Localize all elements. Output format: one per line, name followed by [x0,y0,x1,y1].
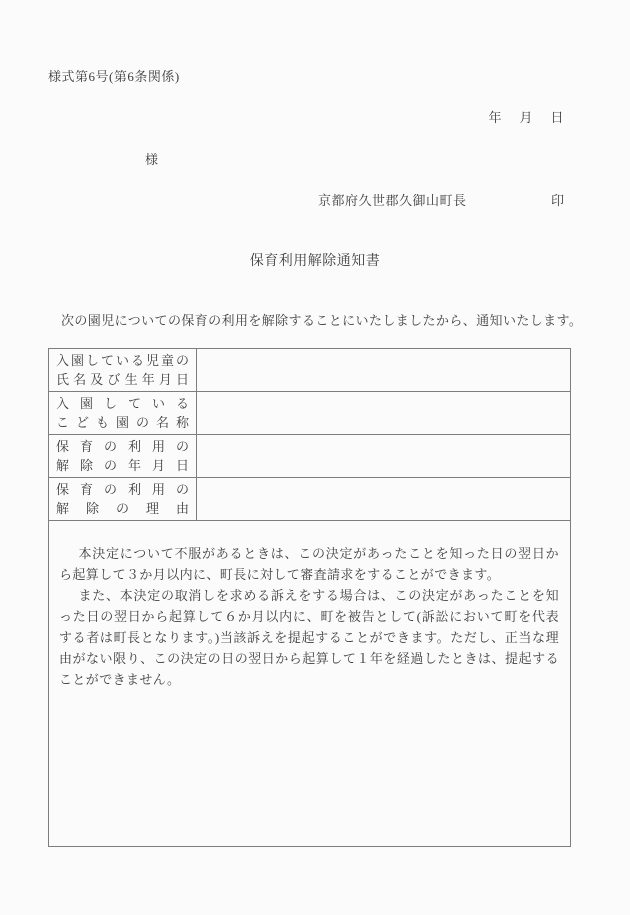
row-label-line: 保育の利用の [56,437,189,456]
intro-sentence: 次の園児についての保育の利用を解除することにいたしましたから、通知いたします。 [48,310,582,329]
appeal-notice-paragraph-1: 本決定について不服があるときは、この決定があったことを知った日の翌日から起算して… [59,543,559,585]
appeal-notice-cell: 本決定について不服があるときは、この決定があったことを知った日の翌日から起算して… [49,521,571,847]
addressee-suffix: 様 [145,149,158,168]
row-label-line: 解除の理由 [56,499,189,518]
issuer-name: 京都府久世郡久御山町長 [318,190,467,209]
table-row-notice: 本決定について不服があるときは、この決定があったことを知った日の翌日から起算して… [49,521,571,847]
form-table: 入園している児童の 氏名及び生年月日 入園している こども園の名称 保育の利用の… [48,348,571,847]
table-row: 保育の利用の 解除の年月日 [49,435,571,478]
row-label-line: 保育の利用の [56,480,189,499]
value-cell-center-name [197,392,571,435]
table-row: 入園している こども園の名称 [49,392,571,435]
table-row: 入園している児童の 氏名及び生年月日 [49,349,571,392]
row-label-line: こども園の名称 [56,413,189,432]
row-label-line: 氏名及び生年月日 [56,370,189,389]
row-label-center-name: 入園している こども園の名称 [49,392,197,435]
row-label-line: 入園している [56,394,189,413]
table-row: 保育の利用の 解除の理由 [49,478,571,521]
seal-mark: 印 [551,190,564,209]
date-line: 年 月 日 [488,107,566,126]
row-label-cancel-date: 保育の利用の 解除の年月日 [49,435,197,478]
value-cell-cancel-reason [197,478,571,521]
value-cell-cancel-date [197,435,571,478]
row-label-cancel-reason: 保育の利用の 解除の理由 [49,478,197,521]
form-number: 様式第6号(第6条関係) [48,66,180,85]
document-title: 保育利用解除通知書 [0,250,630,270]
row-label-line: 解除の年月日 [56,456,189,475]
appeal-notice-paragraph-2: また、本決定の取消しを求める訴えをする場合は、この決定があったことを知った日の翌… [59,585,559,690]
row-label-child-name: 入園している児童の 氏名及び生年月日 [49,349,197,392]
row-label-line: 入園している児童の [56,351,189,370]
value-cell-child-name [197,349,571,392]
document-page: 様式第6号(第6条関係) 年 月 日 様 京都府久世郡久御山町長 印 保育利用解… [0,0,630,915]
